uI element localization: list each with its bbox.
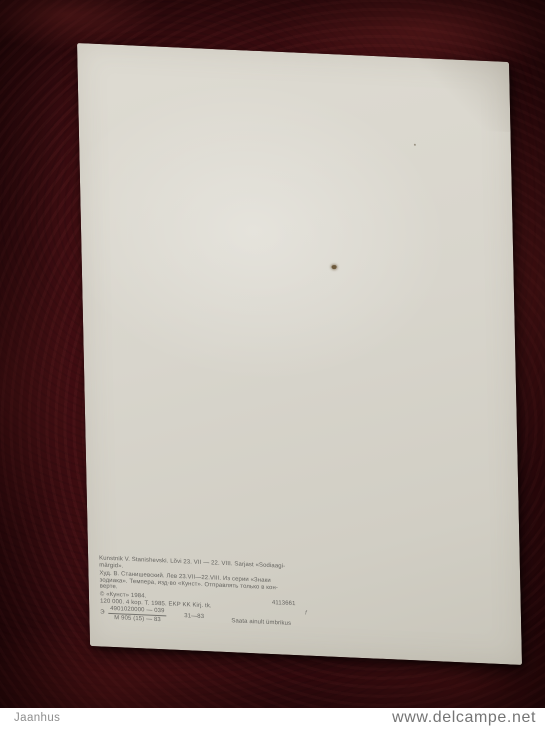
imprint-line-estonian-1: Kunstnik V. Stanishevski. Lõvi 23. VII —… — [99, 555, 285, 570]
pencil-mark: f — [305, 611, 307, 618]
screenshot: Kunstnik V. Stanishevski. Lõvi 23. VII —… — [0, 0, 545, 730]
postcard-speck — [414, 144, 416, 146]
imprint-line-estonian-2: märgid». — [99, 562, 123, 570]
leather-background: Kunstnik V. Stanishevski. Lõvi 23. VII —… — [0, 0, 545, 708]
postcard-stain — [332, 265, 337, 269]
index-prefix: Э — [100, 609, 105, 616]
postcard-back: Kunstnik V. Stanishevski. Lõvi 23. VII —… — [77, 43, 522, 665]
imprint-block: Kunstnik V. Stanishevski. Lõvi 23. VII —… — [99, 555, 411, 644]
index-fraction: 4901020000 — 039 М 905 (15) — 83 — [108, 606, 167, 624]
envelope-note: Saata ainult ümbrikus — [231, 618, 291, 627]
imprint-line-russian-3: верте. — [100, 583, 118, 590]
order-number: 4113661 — [272, 600, 296, 608]
index-denominator: М 905 (15) — 83 — [108, 614, 166, 624]
watermark-strip: Jaanhus www.delcampe.net — [0, 708, 545, 730]
watermark-seller: Jaanhus — [14, 712, 60, 724]
watermark-site: www.delcampe.net — [392, 709, 536, 727]
index-code: 31—83 — [184, 613, 204, 620]
